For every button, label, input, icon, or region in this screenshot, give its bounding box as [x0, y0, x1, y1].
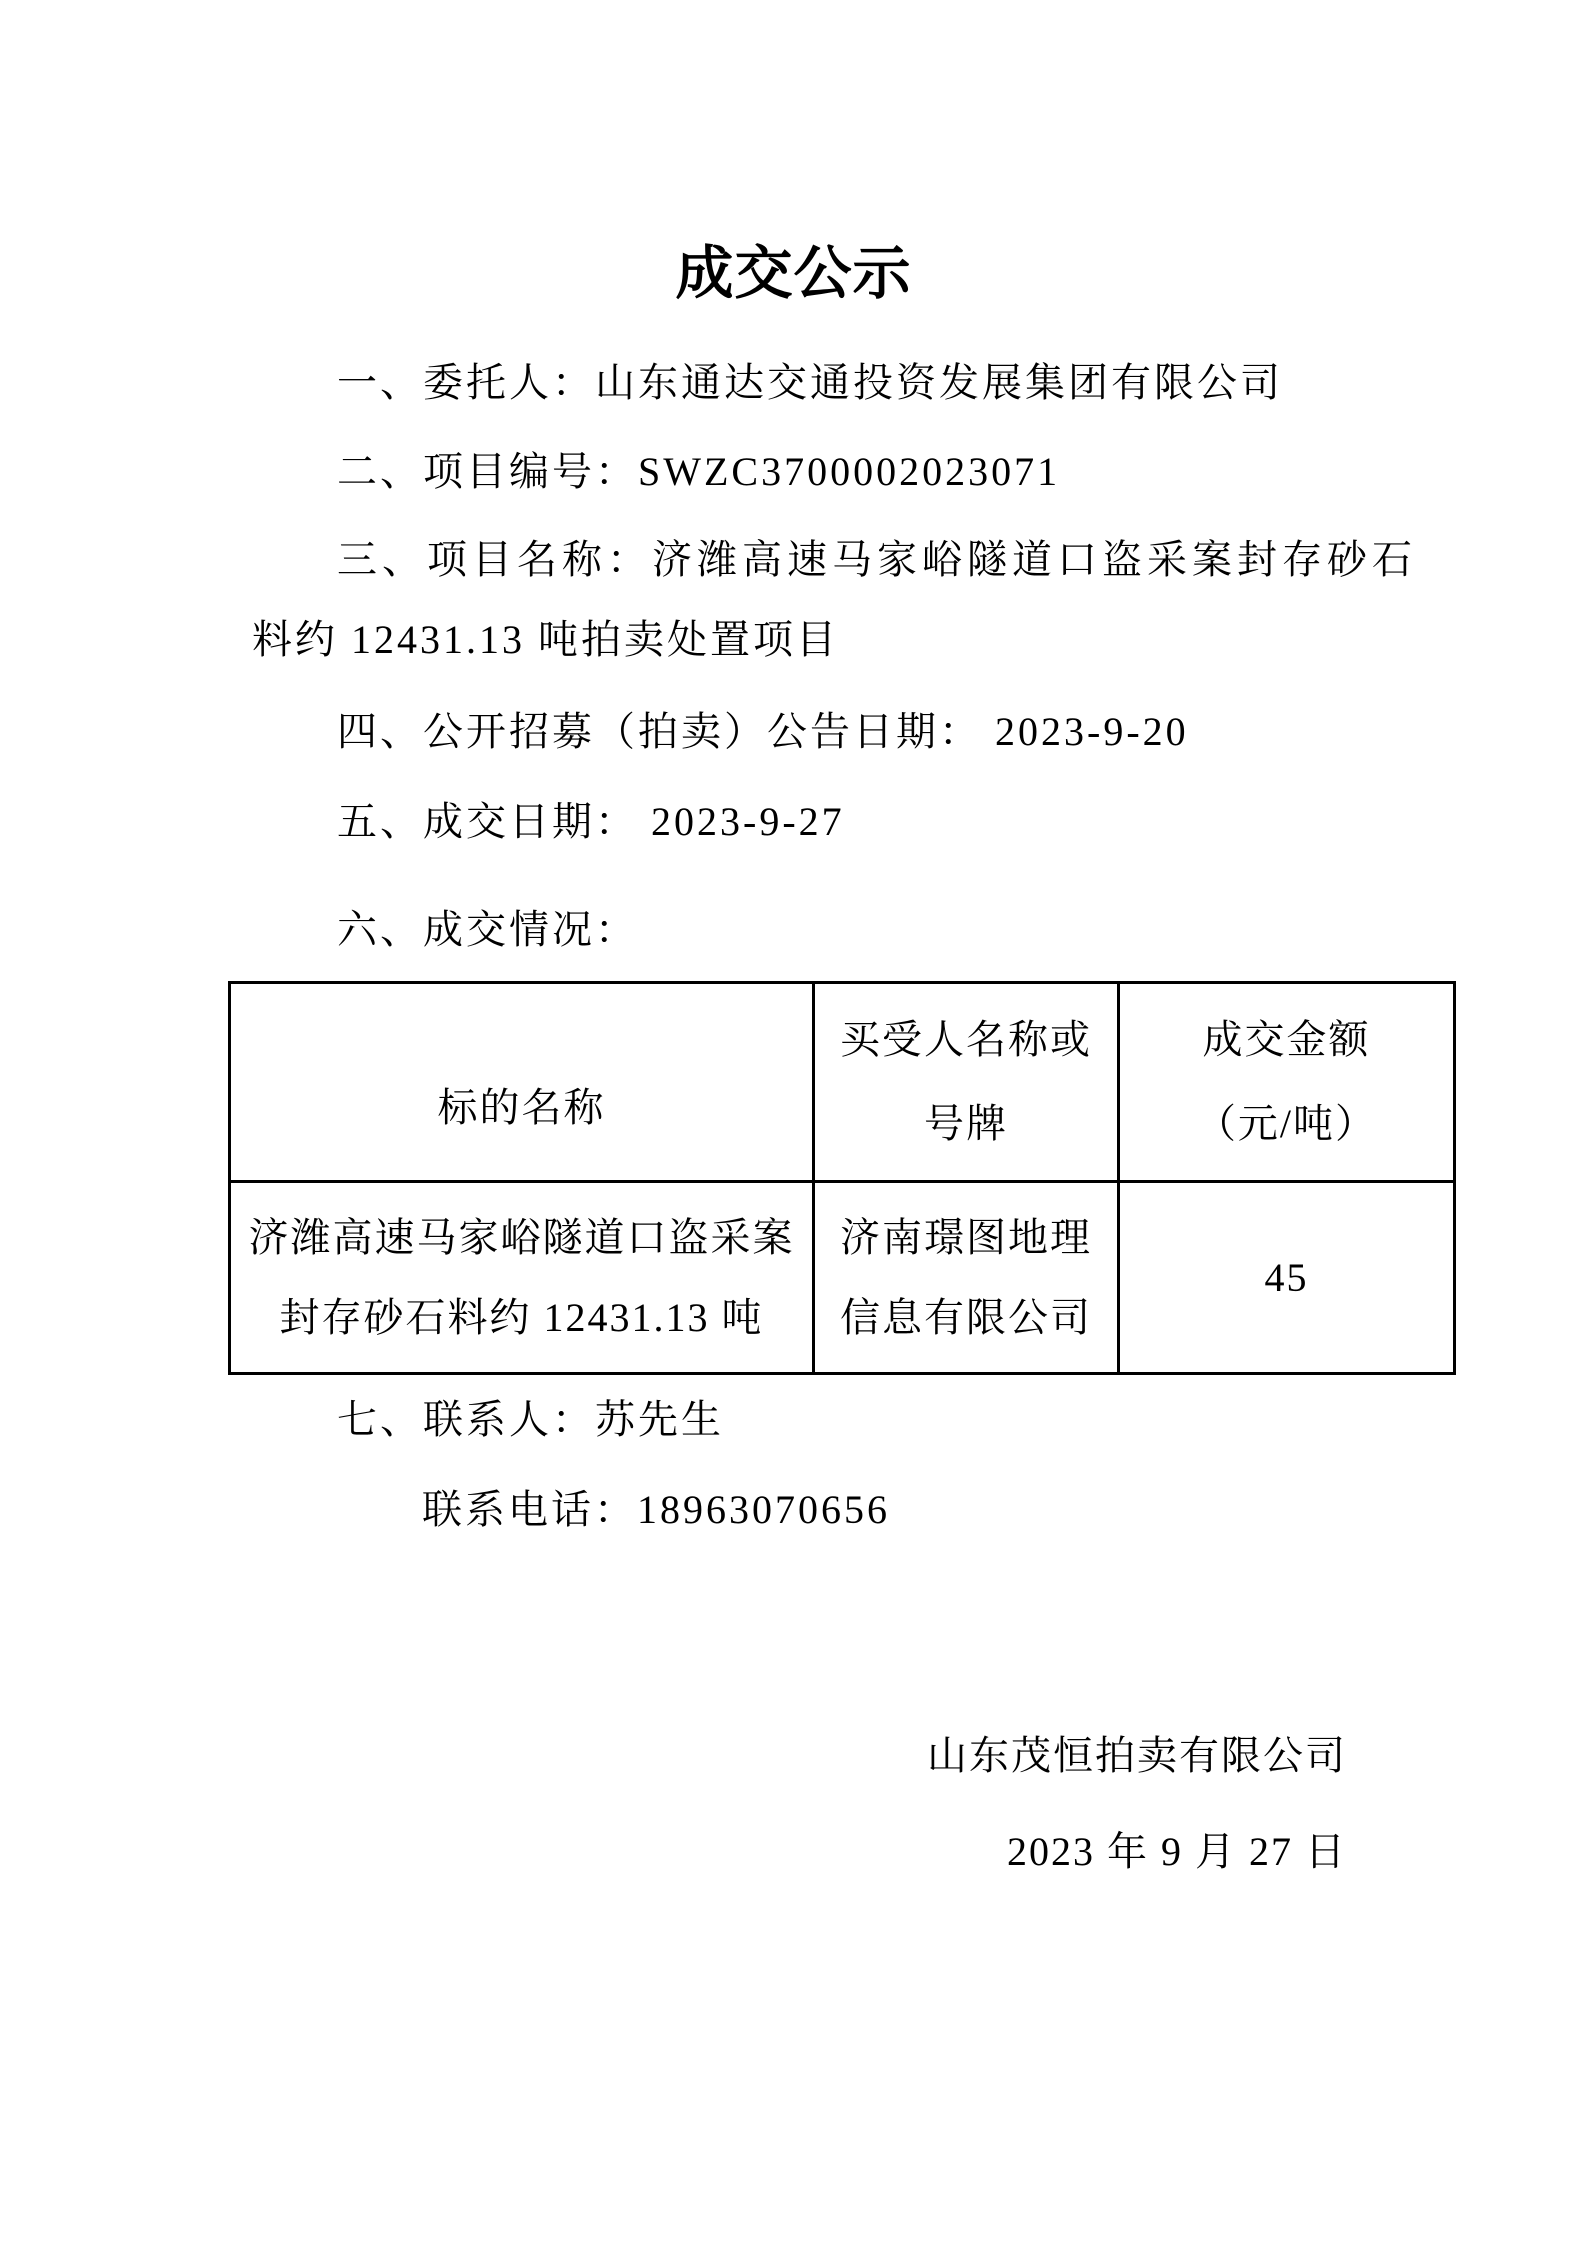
header-cell-buyer: 买受人名称或 号牌 — [814, 983, 1119, 1182]
paragraph-deal-status: 六、成交情况： — [337, 906, 638, 954]
paragraph-contact-person: 七、联系人：苏先生 — [337, 1396, 724, 1444]
paragraph-contact-phone: 联系电话：18963070656 — [422, 1486, 890, 1534]
header-cell-subject-name: 标的名称 — [230, 983, 814, 1182]
header-subject-name-text: 标的名称 — [231, 1066, 812, 1150]
header-buyer-text-line1: 买受人名称或 — [815, 998, 1117, 1082]
header-buyer-text-line2: 号牌 — [815, 1082, 1117, 1166]
cell-subject-name-line2: 封存砂石料约 12431.13 吨 — [231, 1278, 812, 1358]
cell-buyer-line2: 信息有限公司 — [815, 1278, 1117, 1358]
header-deal-amount-text-line2: （元/吨） — [1120, 1082, 1453, 1166]
header-cell-deal-amount: 成交金额 （元/吨） — [1119, 983, 1455, 1182]
page-title: 成交公示 — [0, 226, 1587, 310]
paragraph-project-number: 二、项目编号：SWZC3700002023071 — [337, 448, 1060, 496]
cell-buyer: 济南璟图地理 信息有限公司 — [814, 1182, 1119, 1374]
paragraph-deal-date: 五、成交日期： 2023-9-27 — [337, 798, 845, 846]
paragraph-project-name-wrap: 料约 12431.13 吨拍卖处置项目 — [252, 616, 839, 664]
signature-company: 山东茂恒拍卖有限公司 — [927, 1724, 1347, 1781]
paragraph-consignor: 一、委托人：山东通达交通投资发展集团有限公司 — [337, 359, 1283, 407]
cell-subject-name: 济潍高速马家峪隧道口盗采案 封存砂石料约 12431.13 吨 — [230, 1182, 814, 1374]
header-deal-amount-text-line1: 成交金额 — [1120, 998, 1453, 1082]
deal-table-header-row: 标的名称 买受人名称或 号牌 成交金额 （元/吨） — [230, 983, 1455, 1182]
announcement-page: 成交公示 一、委托人：山东通达交通投资发展集团有限公司 二、项目编号：SWZC3… — [0, 0, 1587, 2245]
deal-table: 标的名称 买受人名称或 号牌 成交金额 （元/吨） 济潍高速马家峪隧道口盗采案 … — [228, 981, 1456, 1375]
deal-table-data-row: 济潍高速马家峪隧道口盗采案 封存砂石料约 12431.13 吨 济南璟图地理 信… — [230, 1182, 1455, 1374]
cell-subject-name-line1: 济潍高速马家峪隧道口盗采案 — [231, 1198, 812, 1278]
cell-deal-amount: 45 — [1119, 1182, 1455, 1374]
paragraph-auction-notice-date: 四、公开招募（拍卖）公告日期： 2023-9-20 — [337, 708, 1189, 756]
cell-deal-amount-value: 45 — [1120, 1238, 1453, 1318]
paragraph-project-name: 三、项目名称：济潍高速马家峪隧道口盗采案封存砂石 — [337, 536, 1417, 584]
signature-date: 2023 年 9 月 27 日 — [1007, 1820, 1347, 1877]
cell-buyer-line1: 济南璟图地理 — [815, 1198, 1117, 1278]
